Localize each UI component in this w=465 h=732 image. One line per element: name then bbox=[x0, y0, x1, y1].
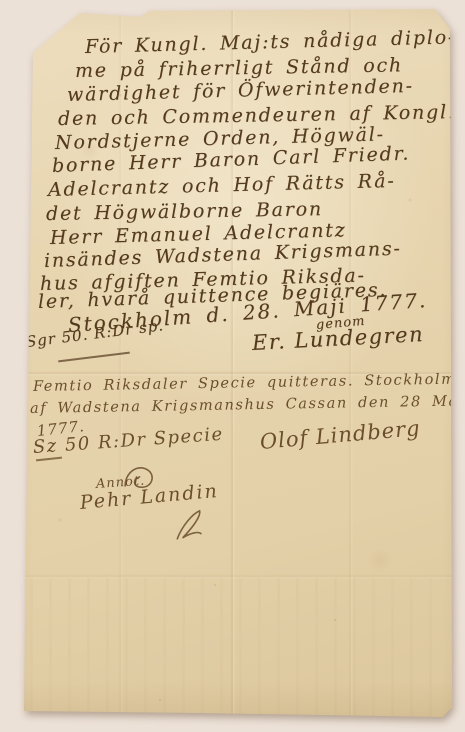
receipt-line: af Wadstena Krigsmanshus Cassan den 28 M… bbox=[30, 393, 465, 417]
manuscript-line: För Kungl. Maj:ts nådiga diplo- bbox=[85, 26, 457, 58]
paper-texture-streaks bbox=[30, 578, 445, 718]
paper-fold-horizontal bbox=[0, 574, 465, 579]
paper-shadow: För Kungl. Maj:ts nådiga diplo- me på fr… bbox=[0, 0, 465, 732]
manuscript-line: den och Commendeuren af Kongl. bbox=[58, 101, 456, 130]
signature-lundegren: Er. Lundegren bbox=[251, 322, 424, 355]
signature-paraph-tail bbox=[168, 502, 210, 552]
signature-lindberg: Olof Lindberg bbox=[259, 416, 421, 454]
margin-note-underline bbox=[58, 352, 130, 363]
scan-background: För Kungl. Maj:ts nådiga diplo- me på fr… bbox=[0, 0, 465, 732]
manuscript-paper: För Kungl. Maj:ts nådiga diplo- me på fr… bbox=[0, 0, 465, 732]
receipt-line: Femtio Riksdaler Specie quitteras. Stock… bbox=[33, 372, 457, 395]
